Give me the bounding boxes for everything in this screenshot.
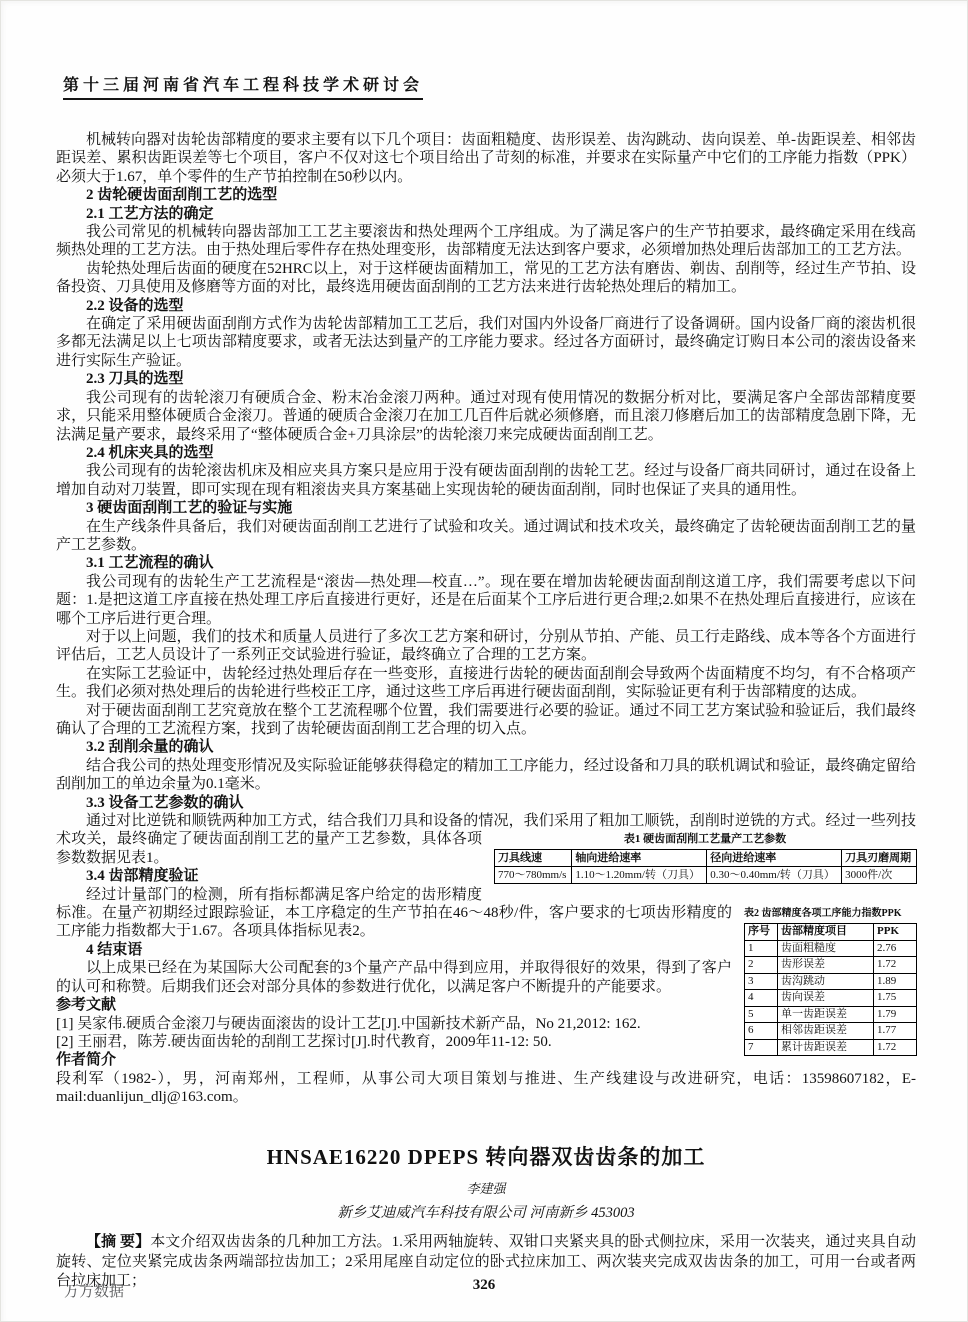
table-2-row: 5单一齿距误差1.79 (745, 1006, 917, 1023)
heading-2-2: 2.2 设备的选型 (56, 297, 916, 315)
author-bio: 段利军（1982-），男，河南郑州，工程师，从事公司大项目策划与推进、生产线建设… (56, 1070, 916, 1107)
table-2-cell: 6 (745, 1023, 778, 1040)
table-2-header-row: 序号齿部精度项目PPK (745, 924, 917, 941)
table-2-cell: 4 (745, 990, 778, 1007)
table-1-cell: 770～780mm/s (495, 867, 572, 884)
table-2-cell: 1 (745, 940, 778, 957)
paragraph-3-4-text-b: 准。在量产初期经过跟踪验证，本工序稳定的生产节拍在46～48秒/件，客户要求的七… (56, 905, 732, 939)
paragraph-3-3-text-b: 关，最终确定了硬齿面刮削工艺的量产工艺参数，具体各项参数数据见表1。 (56, 831, 482, 865)
table-2-row: 6相邻齿距误差1.77 (745, 1023, 917, 1040)
wanfang-watermark: 万方数据 (64, 1280, 124, 1301)
table-2-cell: 1.77 (874, 1023, 917, 1040)
article2-affiliation: 新乡艾迪威汽车科技有限公司 河南新乡 453003 (56, 1201, 916, 1222)
abstract-label: 【摘 要】 (86, 1234, 150, 1250)
document-page: 第十三届河南省汽车工程科技学术研讨会 机械转向器对齿轮齿部精度的要求主要有以下几… (0, 0, 968, 1322)
table-2-cell: 累计齿距误差 (778, 1039, 874, 1056)
table-2-cell: 7 (745, 1039, 778, 1056)
table-1-header-cell: 轴向进给速率 (572, 850, 707, 867)
table-1: 刀具线速轴向进给速率径向进给速率刀具刃磨周期770～780mm/s1.10～1.… (494, 849, 917, 884)
table-2-cell: 齿面粗糙度 (778, 940, 874, 957)
table-2-caption: 表2 齿部精度各项工序能力指数PPK (744, 906, 916, 921)
table-1-header-cell: 径向进给速率 (707, 850, 842, 867)
heading-3-2: 3.2 刮削余量的确认 (56, 738, 916, 756)
table-2-header-cell: PPK (874, 924, 917, 941)
conference-header: 第十三届河南省汽车工程科技学术研讨会 (63, 72, 423, 100)
table-2-cell: 3 (745, 973, 778, 990)
table-1-header-row: 刀具线速轴向进给速率径向进给速率刀具刃磨周期 (495, 850, 917, 867)
heading-2: 2 齿轮硬齿面刮削工艺的选型 (56, 186, 916, 204)
table-2-cell: 1.79 (874, 1006, 917, 1023)
table-2-cell: 齿向误差 (778, 990, 874, 1007)
table-1-header-cell: 刀具刃磨周期 (842, 850, 917, 867)
paragraph-3-1-c: 在实际工艺验证中，齿轮经过热处理后存在一些变形，直接进行齿轮的硬齿面刮削会导致两… (56, 665, 916, 702)
paragraph-3-4: 经过计量部门的检测，所有指标都满足客户给定的齿形精度标表2 齿部精度各项工序能力… (56, 886, 916, 941)
table-1-data-row: 770～780mm/s1.10～1.20mm/转（刀具）0.30～0.40mm/… (495, 867, 917, 884)
heading-3-1: 3.1 工艺流程的确认 (56, 554, 916, 572)
table-2-row: 7累计齿距误差1.72 (745, 1039, 917, 1056)
table-2-row: 1齿面粗糙度2.76 (745, 940, 917, 957)
table-1-cell: 0.30～0.40mm/转（刀具） (707, 867, 842, 884)
table-2-cell: 单一齿距误差 (778, 1006, 874, 1023)
paragraph-3: 在生产线条件具备后，我们对硬齿面刮削工艺进行了试验和攻关。通过调试和技术攻关，最… (56, 518, 916, 555)
page-number: 326 (0, 1277, 968, 1294)
table-1-cell: 3000件/次 (842, 867, 917, 884)
paragraph-3-1-d: 对于硬齿面刮削工艺究竟放在整个工艺流程哪个位置，我们需要进行必要的验证。通过不同… (56, 702, 916, 739)
heading-3-3: 3.3 设备工艺参数的确认 (56, 794, 916, 812)
paragraph-2-2: 在确定了采用硬齿面刮削方式作为齿轮齿部精加工工艺后，我们对国内外设备厂商进行了设… (56, 315, 916, 370)
paragraph-3-3: 通过对比逆铣和顺铣两种加工方式，结合我们刀具和设备的情况，我们采用了粗加工顺铣，… (56, 812, 916, 867)
table-2-row: 3齿沟跳动1.89 (745, 973, 917, 990)
conference-title: 第十三届河南省汽车工程科技学术研讨会 (63, 72, 423, 100)
table-1-cell: 1.10～1.20mm/转（刀具） (572, 867, 707, 884)
intro-paragraph: 机械转向器对齿轮齿部精度的要求主要有以下几个项目：齿面粗糙度、齿形误差、齿沟跳动… (56, 131, 916, 186)
table-2-cell: 相邻齿距误差 (778, 1023, 874, 1040)
table-2-cell: 1.89 (874, 973, 917, 990)
heading-2-3: 2.3 刀具的选型 (56, 370, 916, 388)
heading-2-4: 2.4 机床夹具的选型 (56, 444, 916, 462)
table-2-cell: 齿沟跳动 (778, 973, 874, 990)
paragraph-2-4: 我公司现有的齿轮滚齿机床及相应夹具方案只是应用于没有硬齿面刮削的齿轮工艺。经过与… (56, 462, 916, 499)
table-2-header-cell: 齿部精度项目 (778, 924, 874, 941)
table-2-container: 表2 齿部精度各项工序能力指数PPK序号齿部精度项目PPK1齿面粗糙度2.762… (744, 906, 916, 1056)
table-2-cell: 1.75 (874, 990, 917, 1007)
paragraph-3-1-b: 对于以上问题，我们的技术和质量人员进行了多次工艺方案和研讨，分别从节拍、产能、员… (56, 628, 916, 665)
table-2-cell: 1.72 (874, 1039, 917, 1056)
table-1-caption: 表1 硬齿面刮削工艺量产工艺参数 (494, 832, 916, 847)
paragraph-3-1-a: 我公司现有的齿轮生产工艺流程是“滚齿—热处理—校直…”。现在要在增加齿轮硬齿面刮… (56, 573, 916, 628)
table-2-cell: 齿形误差 (778, 957, 874, 974)
table-2-cell: 1.72 (874, 957, 917, 974)
heading-2-1: 2.1 工艺方法的确定 (56, 205, 916, 223)
paragraph-2-3: 我公司现有的齿轮滚刀有硬质合金、粉末冶金滚刀两种。通过对现有使用情况的数据分析对… (56, 389, 916, 444)
paragraph-3-2: 结合我公司的热处理变形情况及实际验证能够获得稳定的精加工工序能力，经过设备和刀具… (56, 757, 916, 794)
table-1-header-cell: 刀具线速 (495, 850, 572, 867)
paragraph-2-1-a: 我公司常见的机械转向器齿部加工工艺主要滚齿和热处理两个工序组成。为了满足客户的生… (56, 223, 916, 260)
table-2-cell: 2 (745, 957, 778, 974)
article2-block: HNSAE16220 DPEPS 转向器双齿齿条的加工 李建强 新乡艾迪威汽车科… (56, 1141, 916, 1292)
heading-3: 3 硬齿面刮削工艺的验证与实施 (56, 499, 916, 517)
table-2-header-cell: 序号 (745, 924, 778, 941)
paragraph-2-1-b: 齿轮热处理后齿面的硬度在52HRC以上，对于这样硬齿面精加工，常见的工艺方法有磨… (56, 260, 916, 297)
table-2-row: 4齿向误差1.75 (745, 990, 917, 1007)
table-1-container: 表1 硬齿面刮削工艺量产工艺参数刀具线速轴向进给速率径向进给速率刀具刃磨周期77… (494, 832, 916, 884)
table-2: 序号齿部精度项目PPK1齿面粗糙度2.762齿形误差1.723齿沟跳动1.894… (744, 923, 917, 1056)
table-2-row: 2齿形误差1.72 (745, 957, 917, 974)
table-2-cell: 5 (745, 1006, 778, 1023)
article2-author: 李建强 (56, 1178, 916, 1197)
article1-body: 机械转向器对齿轮齿部精度的要求主要有以下几个项目：齿面粗糙度、齿形误差、齿沟跳动… (56, 131, 916, 1107)
article2-title: HNSAE16220 DPEPS 转向器双齿齿条的加工 (56, 1141, 916, 1171)
table-2-cell: 2.76 (874, 940, 917, 957)
